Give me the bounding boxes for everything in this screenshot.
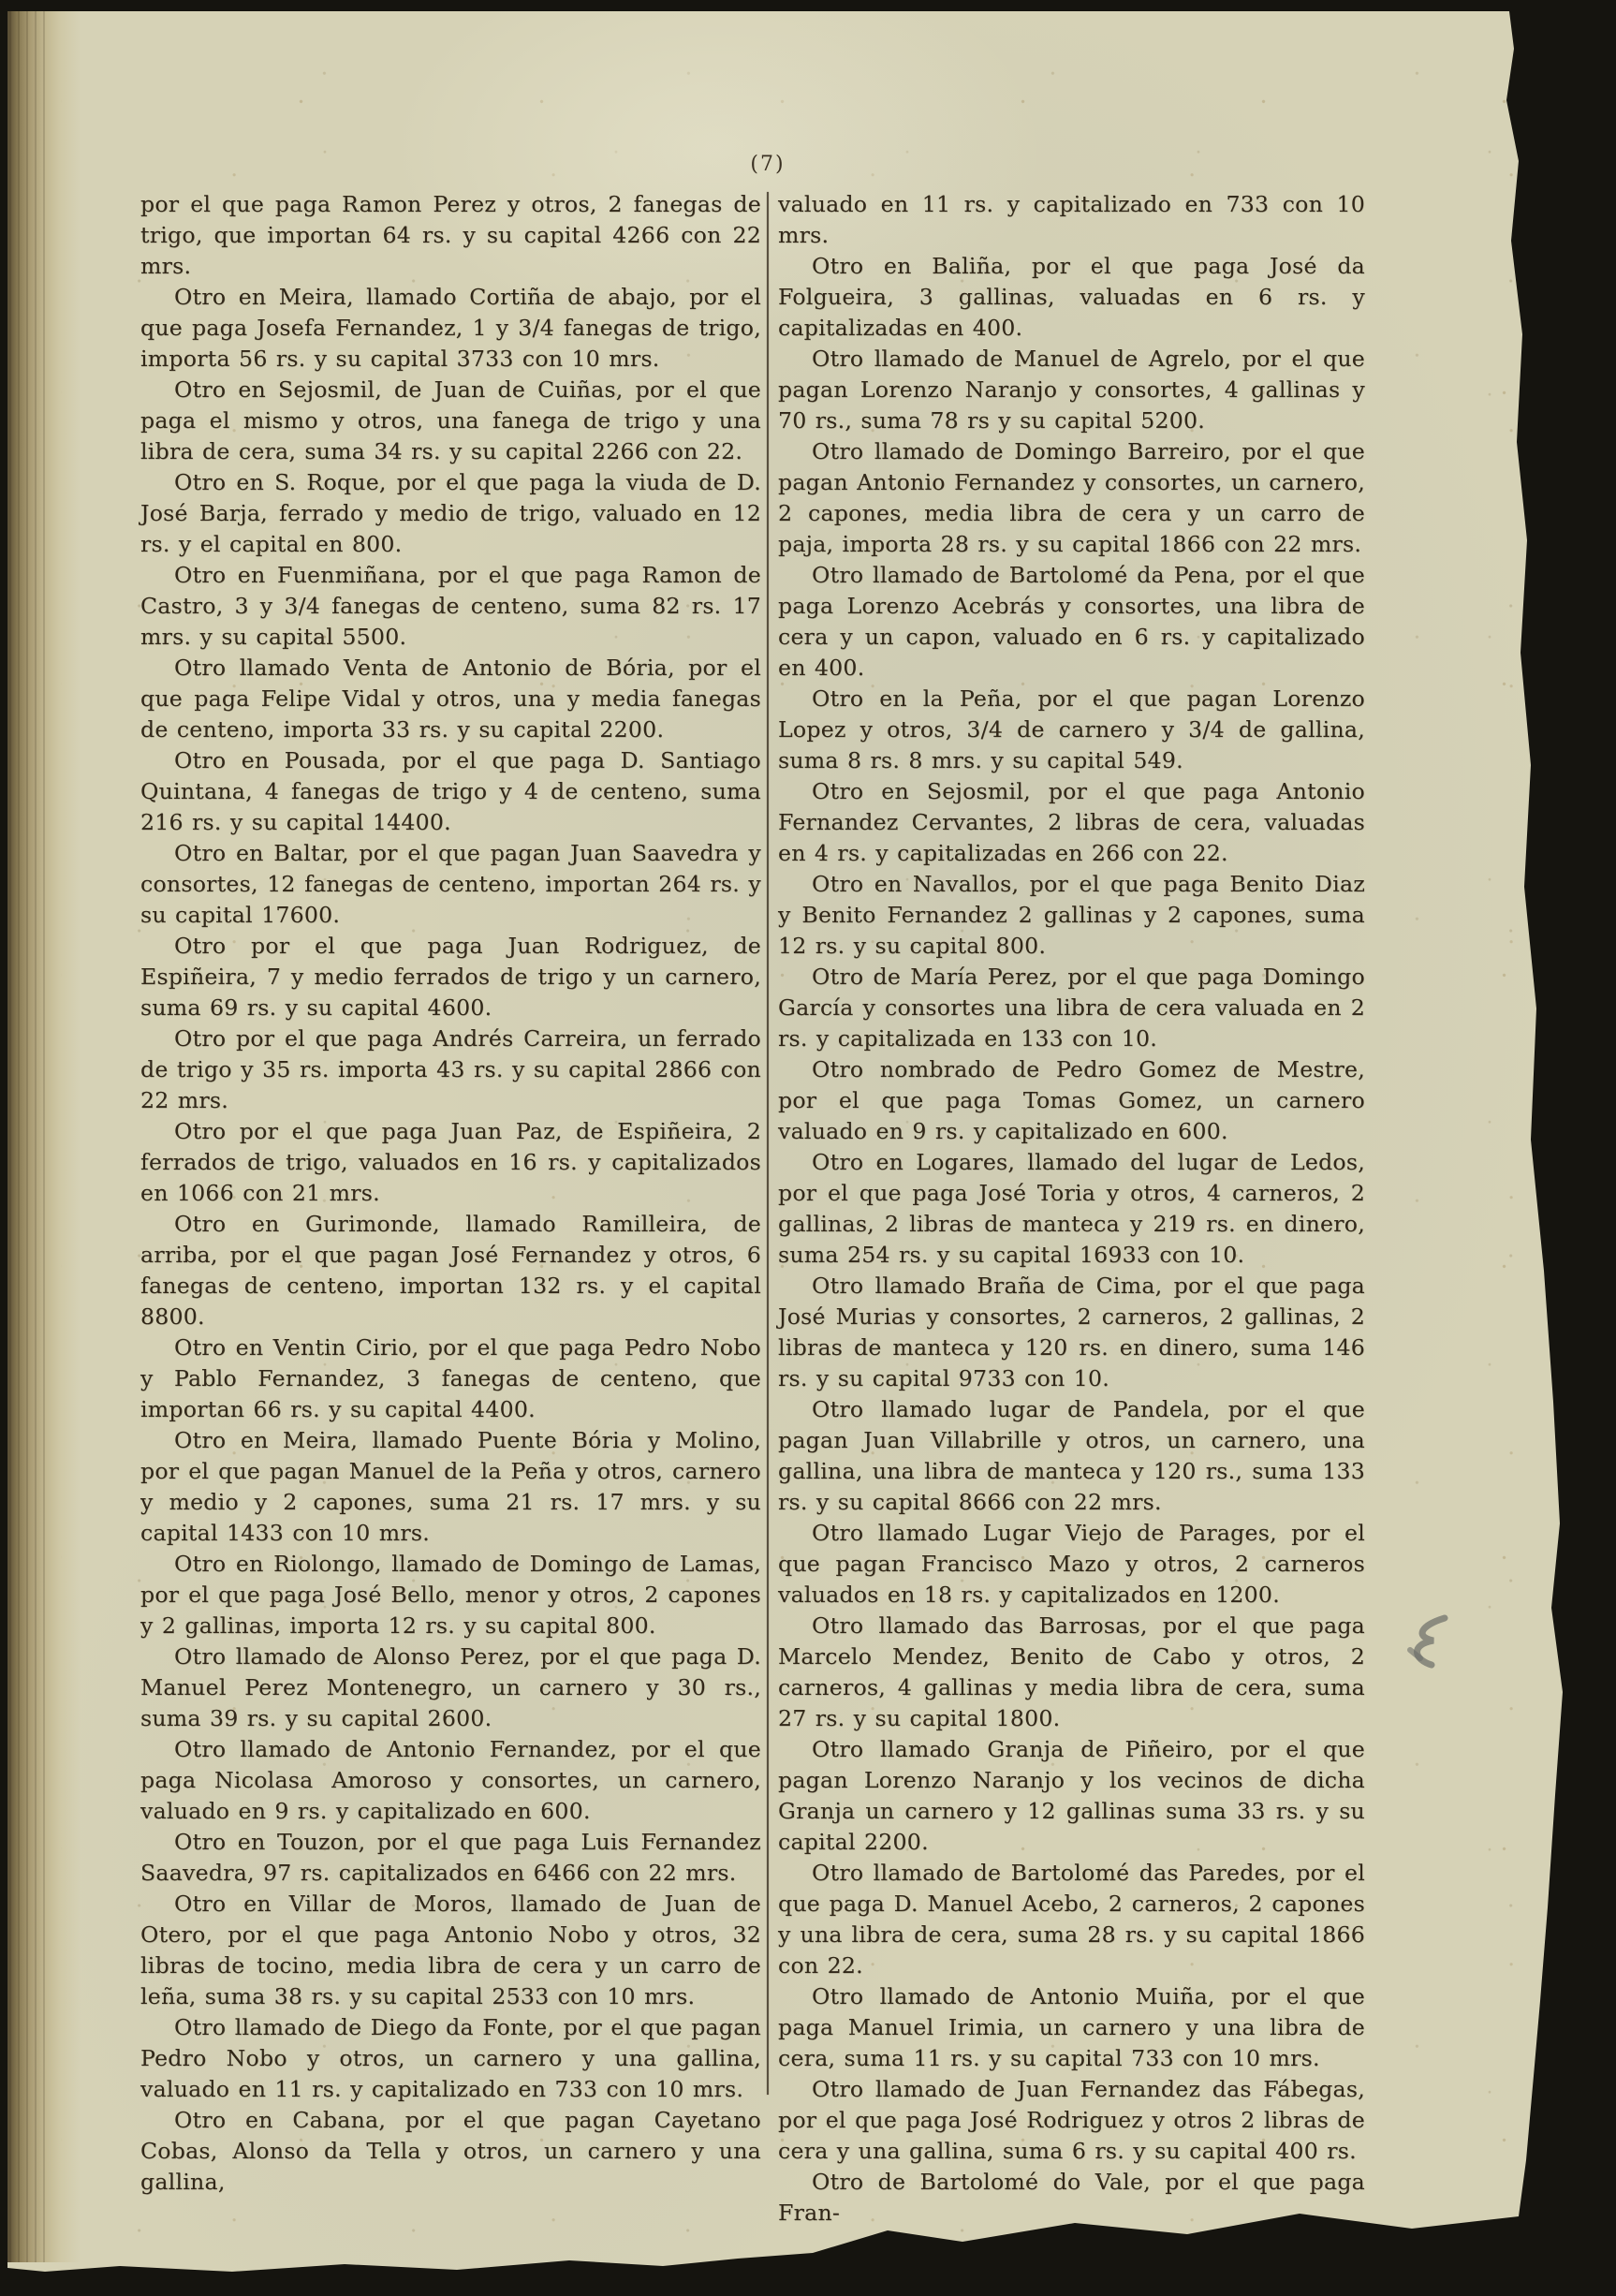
paragraph: Otro en Pousada, por el que paga D. Sant… [140, 745, 761, 838]
paragraph: Otro de Bartolomé do Vale, por el que pa… [778, 2167, 1365, 2229]
paragraph: Otro en Meira, llamado Cortiña de abajo,… [140, 282, 761, 375]
paragraph: Otro llamado das Barrosas, por el que pa… [778, 1611, 1365, 1734]
paragraph: Otro llamado de Bartolomé das Paredes, p… [778, 1858, 1365, 1981]
paragraph: Otro llamado de Alonso Perez, por el que… [140, 1641, 761, 1734]
paragraph: Otro llamado de Domingo Barreiro, por el… [778, 436, 1365, 560]
paragraph: Otro en Baltar, por el que pagan Juan Sa… [140, 838, 761, 931]
paragraph: Otro llamado Granja de Piñeiro, por el q… [778, 1734, 1365, 1858]
paragraph: Otro en Sejosmil, por el que paga Antoni… [778, 776, 1365, 869]
paragraph: Otro en la Peña, por el que pagan Lorenz… [778, 684, 1365, 776]
paragraph: Otro por el que paga Andrés Carreira, un… [140, 1023, 761, 1116]
scan-background: { "page": { "number_label": "(7)", "colu… [0, 0, 1616, 2296]
paragraph: Otro en Cabana, por el que pagan Cayetan… [140, 2105, 761, 2198]
paragraph: Otro en Riolongo, llamado de Domingo de … [140, 1549, 761, 1641]
paragraph: Otro en Fuenmiñana, por el que paga Ramo… [140, 560, 761, 653]
paragraph: Otro llamado de Juan Fernandez das Fábeg… [778, 2074, 1365, 2167]
paragraph: Otro llamado de Antonio Fernandez, por e… [140, 1734, 761, 1827]
paragraph: Otro en Logares, llamado del lugar de Le… [778, 1147, 1365, 1271]
paragraph: Otro por el que paga Juan Paz, de Espiñe… [140, 1116, 761, 1209]
paragraph: Otro llamado de Manuel de Agrelo, por el… [778, 344, 1365, 436]
paragraph: Otro en Villar de Moros, llamado de Juan… [140, 1889, 761, 2012]
paragraph: Otro en Meira, llamado Puente Bória y Mo… [140, 1425, 761, 1549]
margin-pencil-squiggle-icon [1402, 1611, 1460, 1697]
paragraph: Otro en Touzon, por el que paga Luis Fer… [140, 1827, 761, 1889]
page-number: (7) [723, 153, 813, 176]
paragraph: Otro llamado de Diego da Fonte, por el q… [140, 2012, 761, 2105]
paragraph: Otro en Ventin Cirio, por el que paga Pe… [140, 1332, 761, 1425]
paragraph: Otro en S. Roque, por el que paga la viu… [140, 467, 761, 560]
paragraph: Otro en Navallos, por el que paga Benito… [778, 869, 1365, 962]
paragraph: Otro llamado Lugar Viejo de Parages, por… [778, 1518, 1365, 1611]
column-left: por el que paga Ramon Perez y otros, 2 f… [140, 189, 761, 2198]
column-right: valuado en 11 rs. y capitalizado en 733 … [778, 189, 1365, 2229]
paragraph: valuado en 11 rs. y capitalizado en 733 … [778, 189, 1365, 251]
paragraph: Otro en Baliña, por el que paga José da … [778, 251, 1365, 344]
paragraph: Otro llamado lugar de Pandela, por el qu… [778, 1394, 1365, 1518]
paragraph: Otro llamado de Antonio Muiña, por el qu… [778, 1981, 1365, 2074]
paragraph: Otro llamado de Bartolomé da Pena, por e… [778, 560, 1365, 684]
paragraph: Otro nombrado de Pedro Gomez de Mestre, … [778, 1054, 1365, 1147]
paragraph: por el que paga Ramon Perez y otros, 2 f… [140, 189, 761, 282]
paragraph: Otro en Sejosmil, de Juan de Cuiñas, por… [140, 375, 761, 467]
paragraph: Otro llamado Braña de Cima, por el que p… [778, 1271, 1365, 1394]
paragraph: Otro de María Perez, por el que paga Dom… [778, 962, 1365, 1054]
column-divider-rule [767, 192, 769, 2095]
paragraph: Otro en Gurimonde, llamado Ramilleira, d… [140, 1209, 761, 1332]
paragraph: Otro llamado Venta de Antonio de Bória, … [140, 653, 761, 745]
paragraph: Otro por el que paga Juan Rodriguez, de … [140, 931, 761, 1023]
